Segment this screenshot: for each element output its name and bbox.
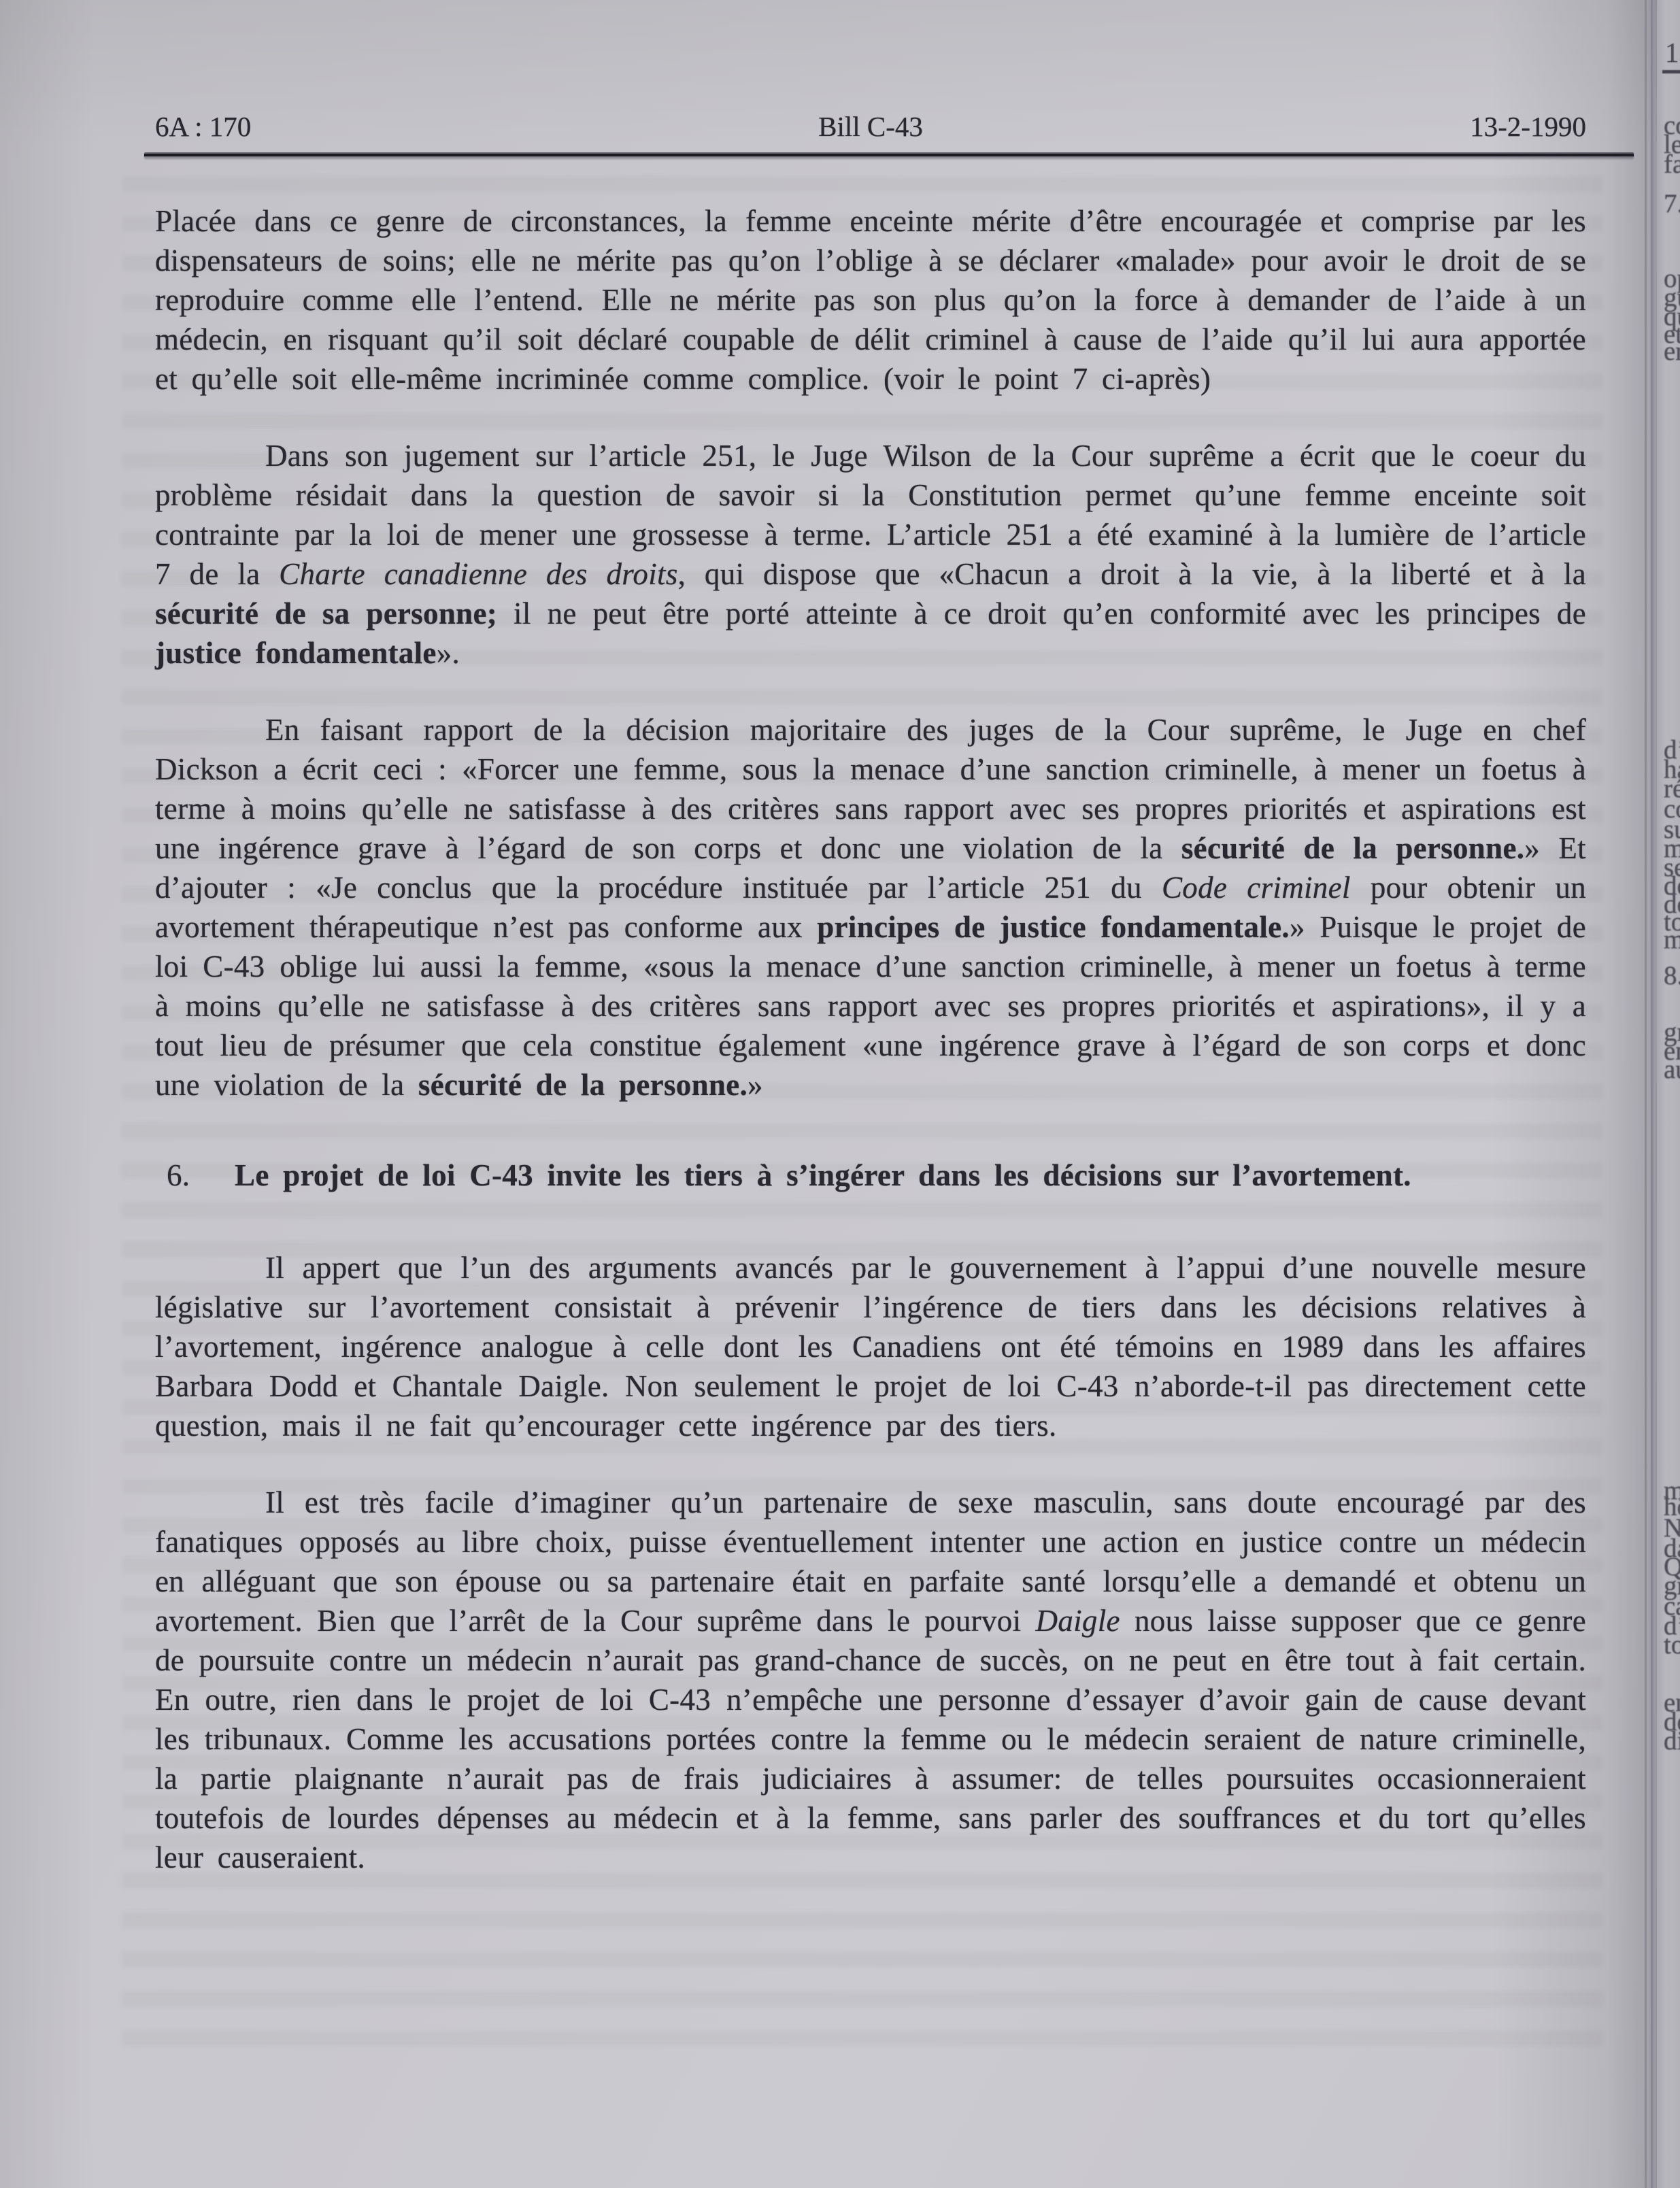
text-run: principes de justice fondamentale.	[817, 910, 1290, 944]
text-run: ».	[437, 636, 460, 670]
next-page-text-fragment: did	[1664, 1728, 1680, 1754]
paragraph: Placée dans ce genre de circonstances, l…	[155, 201, 1586, 399]
section-number: 6.	[167, 1156, 190, 1195]
next-page-strip: 13 coleufai7.opguqueterd’harécosuméseded…	[1657, 0, 1680, 2188]
text-run: Le projet de loi C-43 invite les tiers à…	[235, 1158, 1411, 1192]
next-page-text-fragment: tou	[1664, 1632, 1680, 1658]
scanned-document-page: 6A : 170 Bill C-43 13-2-1990 Placée dans…	[0, 0, 1680, 2188]
text-run: Code criminel	[1162, 871, 1351, 905]
next-page-text-fragment: au	[1664, 1056, 1680, 1083]
next-page-header-rule	[1662, 70, 1680, 73]
paragraph: En faisant rapport de la décision majori…	[155, 710, 1586, 1105]
paragraph: Il est très facile d’imaginer qu’un part…	[155, 1483, 1586, 1877]
page: 6A : 170 Bill C-43 13-2-1990 Placée dans…	[0, 0, 1657, 2188]
text-run: il ne peut être porté atteinte à ce droi…	[497, 596, 1586, 630]
next-page-text-fragment: fai	[1664, 151, 1680, 178]
text-run: »	[747, 1068, 763, 1102]
text-run: Daigle	[1036, 1604, 1120, 1638]
next-page-text-fragment: 8.	[1664, 962, 1680, 989]
next-page-header-fragment: 13	[1665, 39, 1680, 66]
text-run: sécurité de la personne.	[1181, 831, 1524, 865]
paragraph: Il appert que l’un des arguments avancés…	[155, 1248, 1586, 1445]
next-page-text-fragment: 7.	[1664, 190, 1680, 217]
text-run: justice fondamentale	[155, 636, 437, 670]
running-head: 6A : 170 Bill C-43 13-2-1990	[155, 107, 1586, 146]
text-run: sécurité de la personne.	[418, 1068, 747, 1102]
text-run: Il appert que l’un des arguments avancés…	[155, 1251, 1586, 1443]
section-heading: 6.Le projet de loi C-43 invite les tiers…	[155, 1156, 1586, 1195]
next-page-text-fragment: er	[1664, 338, 1680, 365]
document-title: Bill C-43	[155, 107, 1586, 146]
text-run: nous laisse supposer que ce genre de pou…	[155, 1604, 1586, 1874]
paragraph: Dans son jugement sur l’article 251, le …	[155, 436, 1586, 673]
next-page-text-fragment: mo	[1664, 926, 1680, 953]
text-run: Placée dans ce genre de circonstances, l…	[155, 204, 1586, 396]
text-run: sécurité de sa personne;	[155, 596, 497, 630]
header-rule	[144, 152, 1634, 158]
text-run: , qui dispose que «Chacun a droit à la v…	[678, 557, 1586, 591]
document-body: Placée dans ce genre de circonstances, l…	[155, 201, 1586, 1915]
text-run: Charte canadienne des droits	[279, 557, 677, 591]
